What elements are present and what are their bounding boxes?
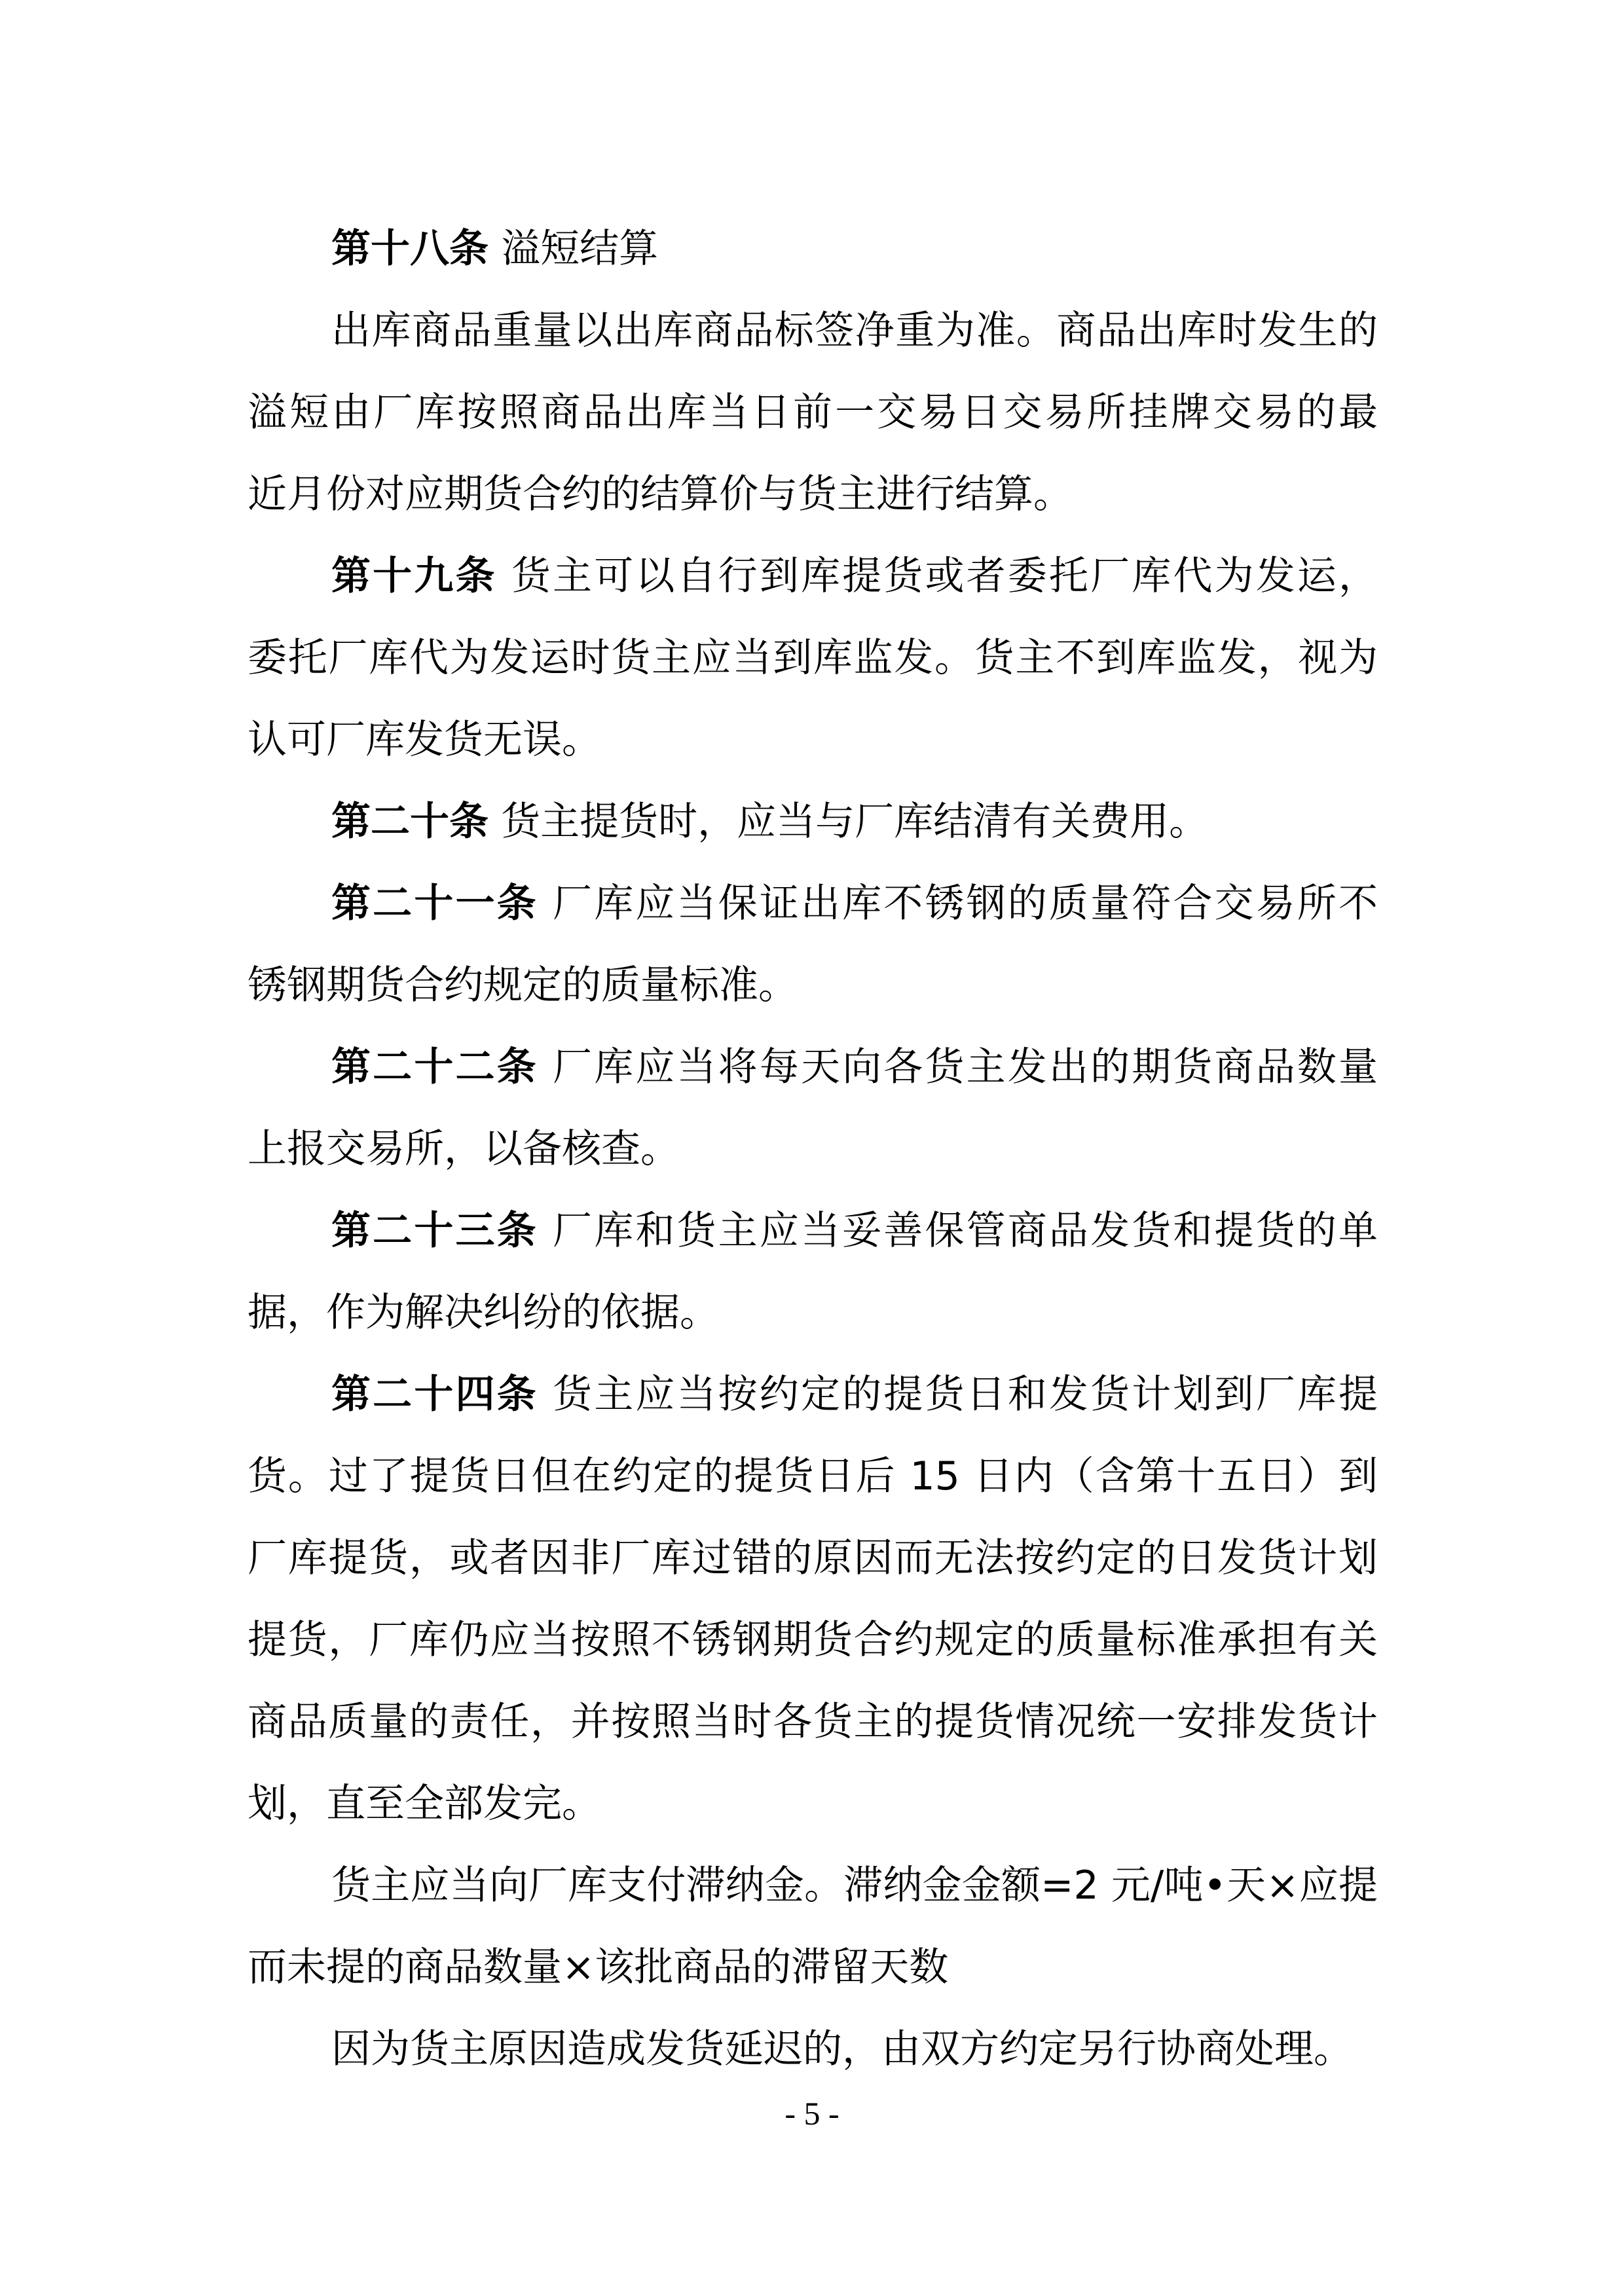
article-text: 厂库和货主应当妥善保管商品发货和提货的单 <box>553 1208 1378 1254</box>
paragraph-line: 货。过了提货日但在约定的提货日后 15 日内（含第十五日）到 <box>248 1436 1378 1518</box>
paragraph-line: 委托厂库代为发运时货主应当到库监发。货主不到库监发，视为 <box>248 617 1378 699</box>
paragraph-line: 出库商品重量以出库商品标签净重为准。商品出库时发生的 <box>248 290 1378 372</box>
paragraph-line: 认可厂库发货无误。 <box>248 699 1378 781</box>
page-number: - 5 - <box>0 2095 1624 2132</box>
article-text: 货主应当按约定的提货日和发货计划到厂库提 <box>553 1372 1378 1417</box>
article-heading: 第二十三条 <box>331 1208 538 1254</box>
paragraph-line: 而未提的商品数量×该批商品的滞留天数 <box>248 1927 1378 2009</box>
article-heading: 第二十条 <box>331 799 489 845</box>
article-18-heading-line: 第十八条 溢短结算 <box>248 208 1378 290</box>
article-heading: 第十八条 <box>331 226 489 272</box>
paragraph-line: 据，作为解决纠纷的依据。 <box>248 1272 1378 1354</box>
article-heading: 第二十四条 <box>331 1372 538 1417</box>
article-21-first-line: 第二十一条 厂库应当保证出库不锈钢的质量符合交易所不 <box>248 863 1378 945</box>
article-heading: 第十九条 <box>331 553 497 599</box>
paragraph-line: 提货，厂库仍应当按照不锈钢期货合约规定的质量标准承担有关 <box>248 1599 1378 1681</box>
article-heading: 第二十二条 <box>331 1044 538 1090</box>
article-heading: 第二十一条 <box>331 881 538 926</box>
article-title: 溢短结算 <box>501 226 658 272</box>
paragraph-line: 因为货主原因造成发货延迟的，由双方约定另行协商处理。 <box>248 2009 1378 2090</box>
paragraph-line: 厂库提货，或者因非厂库过错的原因而无法按约定的日发货计划 <box>248 1518 1378 1599</box>
article-19-first-line: 第十九条 货主可以自行到库提货或者委托厂库代为发运， <box>248 536 1378 617</box>
article-text: 厂库应当将每天向各货主发出的期货商品数量 <box>553 1044 1378 1090</box>
paragraph-line: 上报交易所，以备核查。 <box>248 1108 1378 1190</box>
paragraph-line: 划，直至全部发完。 <box>248 1763 1378 1845</box>
paragraph-line: 近月份对应期货合约的结算价与货主进行结算。 <box>248 454 1378 536</box>
article-23-first-line: 第二十三条 厂库和货主应当妥善保管商品发货和提货的单 <box>248 1190 1378 1272</box>
article-text: 货主可以自行到库提货或者委托厂库代为发运， <box>511 553 1378 599</box>
paragraph-line: 货主应当向厂库支付滞纳金。滞纳金金额=2 元/吨•天×应提 <box>248 1845 1378 1927</box>
article-24-first-line: 第二十四条 货主应当按约定的提货日和发货计划到厂库提 <box>248 1354 1378 1436</box>
article-text: 厂库应当保证出库不锈钢的质量符合交易所不 <box>553 881 1378 926</box>
document-page: 第十八条 溢短结算 出库商品重量以出库商品标签净重为准。商品出库时发生的 溢短由… <box>0 0 1624 2296</box>
paragraph-line: 商品质量的责任，并按照当时各货主的提货情况统一安排发货计 <box>248 1681 1378 1763</box>
document-body: 第十八条 溢短结算 出库商品重量以出库商品标签净重为准。商品出库时发生的 溢短由… <box>248 208 1378 2090</box>
article-text: 货主提货时，应当与厂库结清有关费用。 <box>501 799 1208 845</box>
article-20-first-line: 第二十条 货主提货时，应当与厂库结清有关费用。 <box>248 781 1378 863</box>
paragraph-line: 溢短由厂库按照商品出库当日前一交易日交易所挂牌交易的最 <box>248 372 1378 454</box>
article-22-first-line: 第二十二条 厂库应当将每天向各货主发出的期货商品数量 <box>248 1027 1378 1108</box>
paragraph-line: 锈钢期货合约规定的质量标准。 <box>248 945 1378 1027</box>
